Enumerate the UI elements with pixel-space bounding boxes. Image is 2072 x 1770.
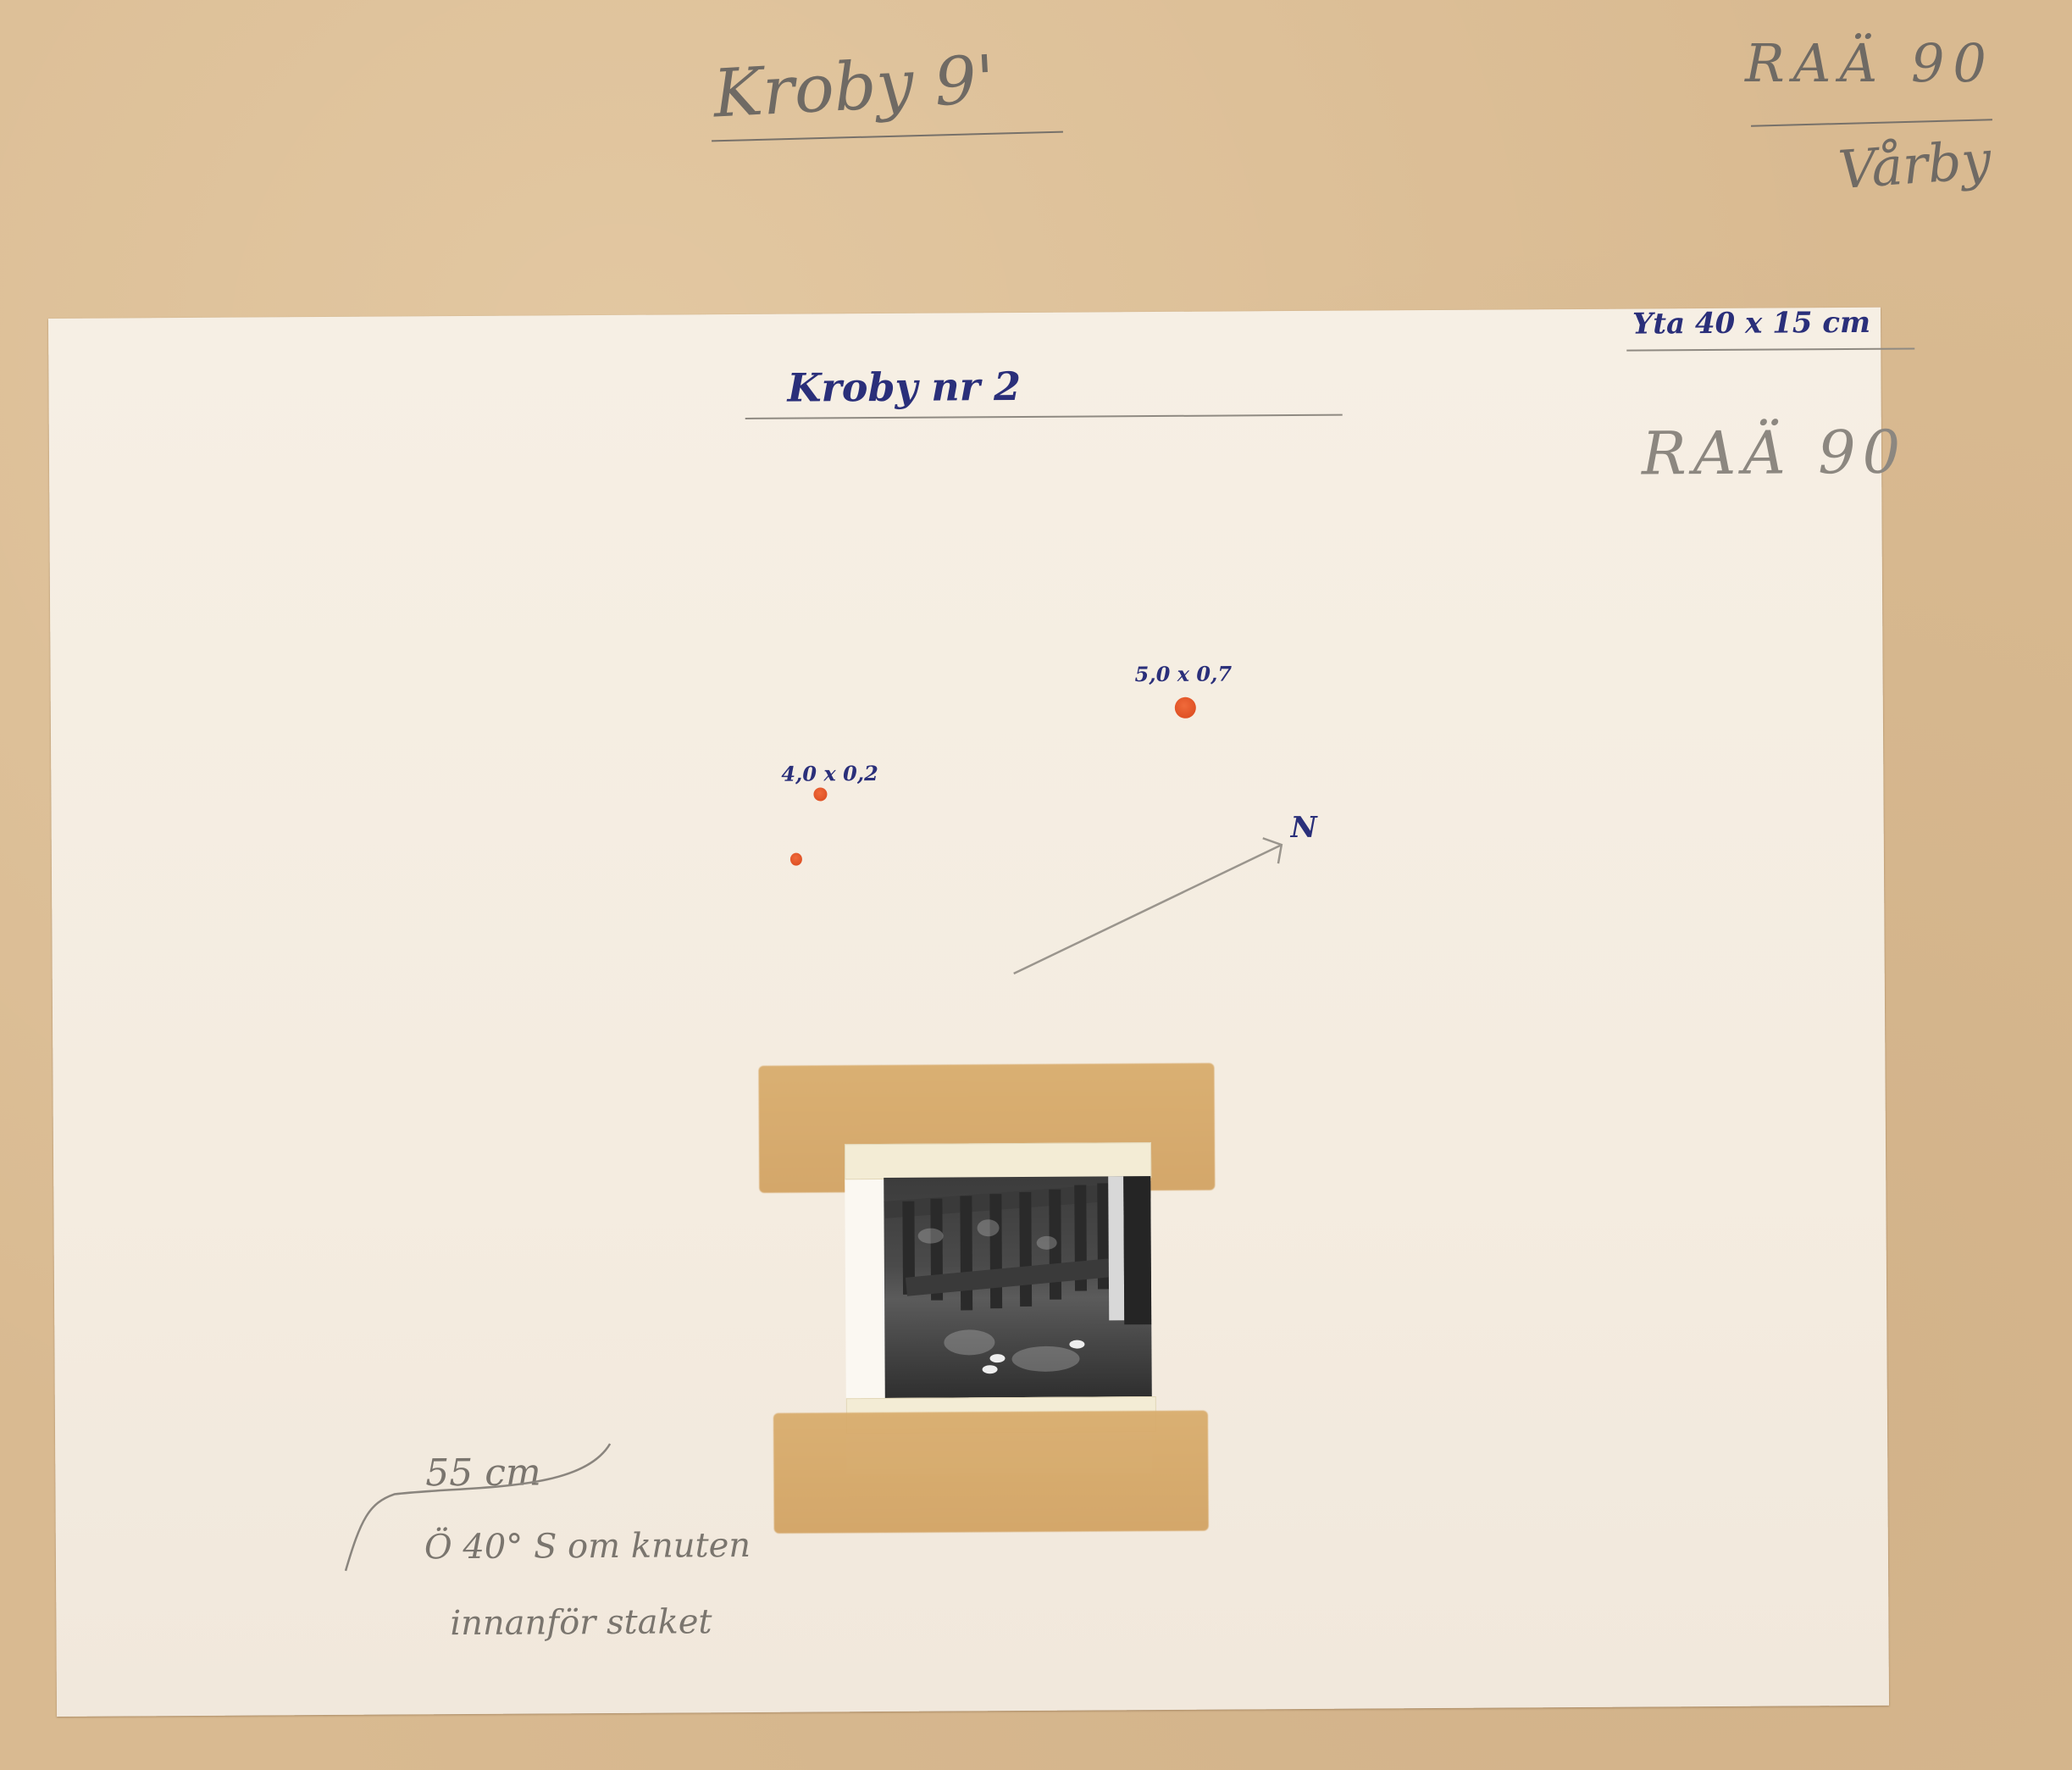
board-title: Kroby 9'	[712, 42, 997, 132]
north-label: N	[1291, 811, 1317, 845]
red-dot-1	[1175, 697, 1196, 719]
note-line-2: innanför staket	[450, 1602, 712, 1643]
area-label-underline	[1626, 348, 1914, 352]
red-dot-3	[790, 853, 802, 866]
archival-photo	[884, 1176, 1152, 1398]
dot-label-1: 5,0 x 0,7	[1134, 661, 1232, 686]
photo-mount-top	[845, 1142, 1151, 1179]
photo-marker	[1069, 1340, 1084, 1349]
sheet-title-underline	[745, 414, 1343, 419]
sheet-code: RAÄ 90	[1642, 418, 1908, 489]
dot-label-2: 4,0 x 0,2	[781, 761, 878, 786]
note-line-1: Ö 40° S om knuten	[424, 1526, 751, 1567]
sheet-title: Kroby nr 2	[787, 363, 1021, 411]
board-code: RAÄ 90	[1745, 32, 1995, 94]
red-dot-2	[813, 787, 827, 801]
board-code-underline	[1751, 119, 1992, 126]
tape-bottom	[773, 1411, 1209, 1534]
board-title-underline	[712, 131, 1063, 142]
photo-marker	[989, 1354, 1005, 1362]
board-parish: Vårby	[1837, 129, 1993, 201]
area-label: Yta 40 x 15 cm	[1632, 306, 1870, 341]
cardboard-backing: Kroby 9' RAÄ 90 Vårby Kroby nr 2 Yta 40 …	[0, 0, 2072, 1770]
document-sheet: Kroby nr 2 Yta 40 x 15 cm RAÄ 90 5,0 x 0…	[48, 308, 1889, 1717]
photo-marker	[983, 1365, 998, 1373]
